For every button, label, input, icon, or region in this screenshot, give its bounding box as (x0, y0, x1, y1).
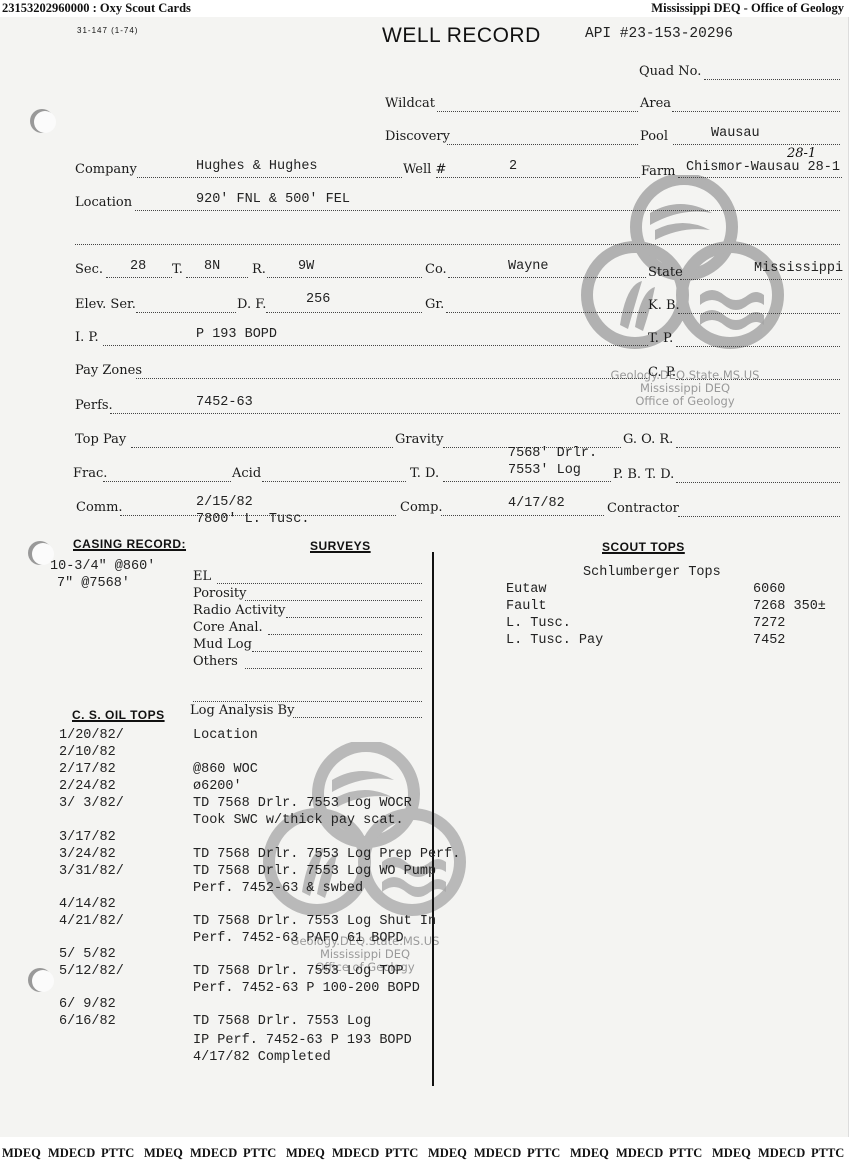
state-field (680, 279, 842, 280)
company-field (137, 177, 402, 178)
log-text: Perf. 7452-63 P 100-200 BOPD (193, 981, 420, 996)
punch-hole-icon (32, 970, 54, 992)
api-number: API #23-153-20296 (585, 26, 733, 42)
survey-blank-field (193, 701, 422, 702)
comp-field (441, 515, 604, 516)
company-value: Hughes & Hughes (196, 159, 318, 174)
survey-radio-activity-field (286, 617, 422, 618)
log-text: TD 7568 Drlr. 7553 Log WOCR (193, 796, 412, 811)
comm-value-date: 2/15/82 (196, 495, 253, 510)
farm-field (678, 177, 842, 178)
wildcat-label: Wildcat (385, 96, 435, 111)
log-text: TD 7568 Drlr. 7553 Log TOP (193, 964, 404, 979)
footer-label: MDEQ (428, 1146, 467, 1161)
ip-field (103, 345, 648, 346)
viewer-header: 23153202960000 : Oxy Scout Cards Mississ… (0, 0, 850, 17)
pool-field (673, 144, 840, 145)
scanned-well-record-card: Geology.DEQ.State.MS.US Mississippi DEQ … (0, 17, 849, 1137)
county-value: Wayne (508, 259, 549, 274)
range-label: R. (252, 262, 266, 277)
comm-label: Comm. (76, 500, 123, 515)
df-label: D. F. (237, 297, 266, 312)
township-field (186, 277, 248, 278)
log-date: 2/24/82 (59, 779, 116, 794)
scout-top-depth: 6060 (753, 582, 785, 597)
survey-others-field (245, 668, 422, 669)
survey-mud-log-field (252, 651, 422, 652)
log-text: TD 7568 Drlr. 7553 Log Shut In (193, 914, 436, 929)
survey-mud-log-label: Mud Log (193, 637, 252, 652)
df-field (266, 312, 422, 313)
log-text: Perf. 7452-63 & swbed (193, 881, 363, 896)
footer-label: PTTC (527, 1146, 560, 1161)
log-text: IP Perf. 7452-63 P 193 BOPD (193, 1033, 412, 1048)
log-text: 4/17/82 Completed (193, 1050, 331, 1065)
acid-field (262, 481, 406, 482)
comp-label: Comp. (400, 500, 443, 515)
area-field (672, 111, 840, 112)
range-value: 9W (298, 259, 314, 274)
log-date: 3/ 3/82/ (59, 796, 124, 811)
footer-label: MDECD (48, 1146, 95, 1161)
well-no-label: Well # (403, 162, 446, 177)
survey-core-anal-field (268, 634, 422, 635)
log-text: TD 7568 Drlr. 7553 Log Prep Perf. (193, 847, 460, 862)
pay-zones-label: Pay Zones (75, 363, 142, 378)
log-analysis-by-field (293, 717, 422, 718)
range-field (267, 277, 422, 278)
pool-label: Pool (640, 129, 668, 144)
pay-zones-field (136, 378, 647, 379)
footer-label: PTTC (243, 1146, 276, 1161)
casing-record-heading: CASING RECORD: (73, 537, 186, 551)
county-label: Co. (425, 262, 447, 277)
kb-field (678, 313, 840, 314)
source-agency: Mississippi DEQ - Office of Geology (651, 1, 844, 16)
county-field (448, 277, 646, 278)
tp-label: T. P. (648, 331, 673, 346)
area-label: Area (640, 96, 671, 111)
frac-field (103, 481, 231, 482)
footer-label: MDECD (332, 1146, 379, 1161)
scout-tops-heading: SCOUT TOPS (602, 540, 685, 554)
ip-value: P 193 BOPD (196, 327, 277, 342)
contractor-label: Contractor (607, 501, 679, 516)
column-divider (432, 552, 434, 1086)
survey-el-field (217, 583, 422, 584)
log-date: 2/10/82 (59, 745, 116, 760)
survey-porosity-label: Porosity (193, 586, 247, 601)
watermark-line-3: Office of Geology (590, 395, 780, 408)
pbtd-label: P. B. T. D. (613, 467, 674, 482)
log-date: 6/ 9/82 (59, 997, 116, 1012)
ip-label: I. P. (75, 330, 99, 345)
log-date: 3/17/82 (59, 830, 116, 845)
township-value: 8N (204, 259, 220, 274)
gr-field (446, 312, 646, 313)
top-pay-label: Top Pay (75, 432, 126, 447)
document-id: 23153202960000 : Oxy Scout Cards (2, 1, 191, 16)
scout-top-depth: 7272 (753, 616, 785, 631)
log-date: 4/14/82 (59, 897, 116, 912)
scout-top-depth: 7268 350± (753, 599, 826, 614)
scout-top-name: L. Tusc. (506, 616, 571, 631)
sec-field (106, 277, 172, 278)
footer-label: MDEQ (144, 1146, 183, 1161)
scout-top-name: Fault (506, 599, 547, 614)
log-date: 5/ 5/82 (59, 947, 116, 962)
watermark-text: Geology.DEQ.State.MS.US Mississippi DEQ … (590, 369, 780, 408)
form-number: 31-147 (1-74) (77, 26, 138, 35)
comm-value-formation: 7800' L. Tusc. (196, 512, 309, 527)
scout-top-name: L. Tusc. Pay (506, 633, 603, 648)
log-date: 4/21/82/ (59, 914, 124, 929)
survey-others-label: Others (193, 654, 238, 669)
log-date: 6/16/82 (59, 1014, 116, 1029)
state-label: State (648, 265, 683, 280)
log-text: @860 WOC (193, 762, 258, 777)
log-text: Perf. 7452-63 PAFO 61 BOPD (193, 931, 404, 946)
tp-field (676, 346, 840, 347)
casing-line-2: 7" @7568' (57, 576, 130, 591)
scout-top-depth: 7452 (753, 633, 785, 648)
td-label: T. D. (410, 466, 439, 481)
footer-label: MDEQ (286, 1146, 325, 1161)
cp-field (676, 379, 840, 380)
contractor-field (678, 516, 840, 517)
state-value: Mississippi (754, 261, 843, 276)
casing-line-1: 10-3/4" @860' (50, 559, 155, 574)
cp-label: C. P. (648, 365, 676, 380)
elev-ser-label: Elev. Ser. (75, 297, 136, 312)
footer-label: PTTC (811, 1146, 844, 1161)
log-date: 5/12/82/ (59, 964, 124, 979)
top-pay-field (131, 447, 393, 448)
footer-label: PTTC (101, 1146, 134, 1161)
footer-label: MDEQ (712, 1146, 751, 1161)
gor-label: G. O. R. (623, 432, 673, 447)
mdeq-logo-watermark-icon (262, 742, 472, 932)
td-value-log: 7553' Log (508, 463, 581, 478)
schlumberger-tops-subheading: Schlumberger Tops (583, 565, 721, 580)
acid-label: Acid (232, 466, 261, 481)
footer-label: PTTC (669, 1146, 702, 1161)
df-value: 256 (306, 292, 330, 307)
footer-label: MDECD (616, 1146, 663, 1161)
footer-label: MDECD (758, 1146, 805, 1161)
sec-label: Sec. (75, 262, 103, 277)
discovery-label: Discovery (385, 129, 450, 144)
page-title: WELL RECORD (382, 24, 541, 48)
log-date: 3/31/82/ (59, 864, 124, 879)
survey-porosity-field (245, 600, 422, 601)
surveys-heading: SURVEYS (310, 539, 371, 553)
elev-ser-field (136, 312, 236, 313)
viewer-footer: MDEQ MDECD PTTC MDEQ MDECD PTTC MDEQ MDE… (0, 1145, 850, 1164)
comp-value: 4/17/82 (508, 496, 565, 511)
punch-hole-icon (34, 111, 56, 133)
discovery-field (447, 144, 638, 145)
location-field (135, 210, 840, 211)
log-date: 3/24/82 (59, 847, 116, 862)
log-text: ø6200' (193, 779, 242, 794)
log-date: 2/17/82 (59, 762, 116, 777)
farm-handwritten-annotation: 28-1 (787, 146, 816, 161)
frac-label: Frac. (73, 466, 107, 481)
location-label: Location (75, 195, 132, 210)
log-analysis-by-label: Log Analysis By (190, 703, 294, 718)
gravity-label: Gravity (395, 432, 443, 447)
log-date: 1/20/82/ (59, 728, 124, 743)
footer-label: MDECD (474, 1146, 521, 1161)
td-value-driller: 7568' Drlr. (508, 446, 597, 461)
sec-value: 28 (130, 259, 146, 274)
footer-label: MDEQ (2, 1146, 41, 1161)
location-value: 920' FNL & 500' FEL (196, 192, 350, 207)
cs-oil-tops-heading: C. S. OIL TOPS (72, 708, 165, 722)
gor-field (676, 447, 840, 448)
pbtd-field (676, 482, 840, 483)
footer-label: MDEQ (570, 1146, 609, 1161)
wildcat-field (437, 111, 638, 112)
survey-el-label: EL (193, 569, 211, 584)
location-field-line-2 (75, 244, 840, 245)
farm-label: Farm (641, 164, 675, 179)
log-text: TD 7568 Drlr. 7553 Log (193, 1014, 371, 1029)
well-no-value: 2 (509, 159, 517, 174)
perfs-label: Perfs. (75, 398, 113, 413)
well-no-field (436, 177, 640, 178)
gr-label: Gr. (425, 297, 444, 312)
pool-value: Wausau (711, 126, 760, 141)
quad-no-label: Quad No. (639, 64, 701, 79)
footer-label: MDECD (190, 1146, 237, 1161)
scout-top-name: Eutaw (506, 582, 547, 597)
kb-label: K. B. (648, 298, 680, 313)
township-label: T. (172, 262, 183, 277)
log-text: Took SWC w/thick pay scat. (193, 813, 404, 828)
perfs-field (110, 413, 840, 414)
company-label: Company (75, 162, 137, 177)
farm-value: Chismor-Wausau 28-1 (686, 160, 840, 175)
survey-core-anal-label: Core Anal. (193, 620, 263, 635)
quad-no-field (704, 79, 840, 80)
log-text: TD 7568 Drlr. 7553 Log WO Pump (193, 864, 436, 879)
footer-label: PTTC (385, 1146, 418, 1161)
perfs-value: 7452-63 (196, 395, 253, 410)
survey-radio-activity-label: Radio Activity (193, 603, 285, 618)
td-field (443, 481, 611, 482)
log-text: Location (193, 728, 258, 743)
